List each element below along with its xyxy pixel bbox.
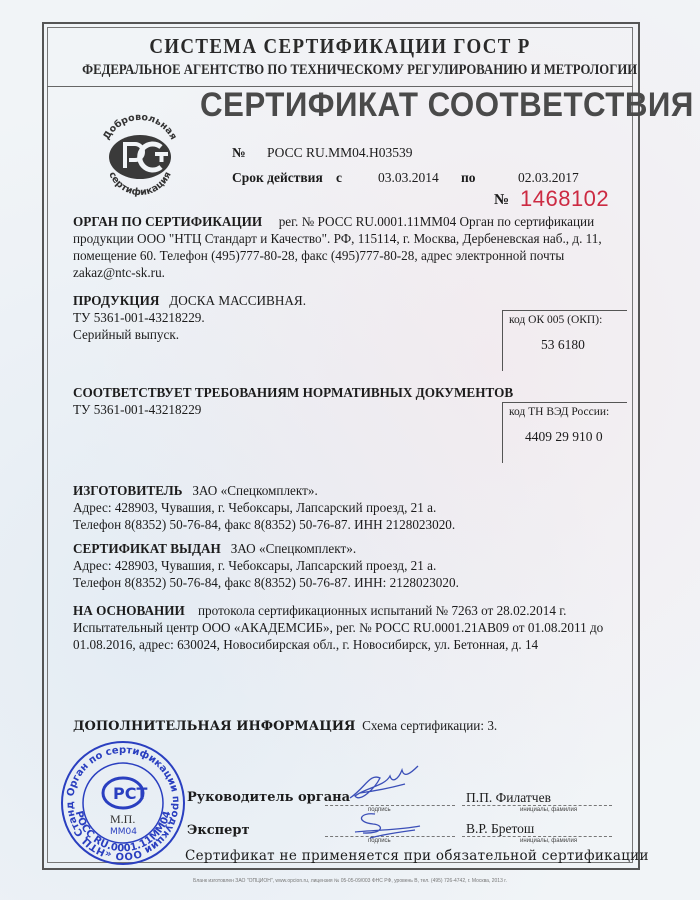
certificate-title: СЕРТИФИКАТ СООТВЕТСТВИЯ [200, 86, 694, 125]
product-label: ПРОДУКЦИЯ [73, 293, 159, 308]
expert-label: Эксперт [187, 823, 250, 838]
certification-body-email: zakaz@ntc-sk.ru. [73, 264, 613, 281]
rst-voluntary-logo-icon: Добровольная сертификация [95, 110, 185, 200]
additional-info-label: ДОПОЛНИТЕЛЬНАЯ ИНФОРМАЦИЯ [73, 719, 356, 734]
validity-label: Срок действия [232, 170, 323, 186]
conformity-label: СООТВЕТСТВУЕТ ТРЕБОВАНИЯМ НОРМАТИВНЫХ ДО… [73, 384, 613, 401]
manufacturer-address: Адрес: 428903, Чувашия, г. Чебоксары, Ла… [73, 499, 613, 516]
head-signature-icon [340, 758, 430, 808]
validity-to-label: по [461, 170, 476, 186]
tnved-code-box: код ТН ВЭД России: 4409 29 910 0 [502, 402, 627, 463]
issued-to-label: СЕРТИФИКАТ ВЫДАН [73, 541, 221, 556]
issued-to-address: Адрес: 428903, Чувашия, г. Чебоксары, Ла… [73, 557, 613, 574]
basis-label: НА ОСНОВАНИИ [73, 603, 185, 618]
tnved-code-label: код ТН ВЭД России: [509, 406, 609, 418]
blank-number-symbol: № [494, 192, 509, 209]
basis-protocol: протокола сертификационных испытаний № 7… [198, 603, 566, 618]
expert-name: В.Р. Бретош [466, 821, 534, 837]
head-name: П.П. Филатчев [466, 790, 551, 806]
manufacturer-label: ИЗГОТОВИТЕЛЬ [73, 483, 182, 498]
manufacturer-section: ИЗГОТОВИТЕЛЬ ЗАО «Спецкомплект». Адрес: … [73, 482, 613, 533]
validity-from-label: с [336, 170, 342, 186]
stamp-code: ММ04 [110, 827, 137, 837]
basis-test-center: Испытательный центр ООО «АКАДЕМСИБ», рег… [73, 619, 613, 636]
issued-to-contacts: Телефон 8(8352) 50-76-84, факс 8(8352) 5… [73, 574, 613, 591]
valid-from-date: 03.03.2014 [378, 170, 439, 186]
product-name: ДОСКА МАССИВНАЯ. [169, 293, 306, 308]
issued-to-name: ЗАО «Спецкомплект». [231, 541, 356, 556]
expert-signature-icon [345, 808, 425, 842]
expert-name-line [462, 836, 612, 837]
certification-body-section: ОРГАН ПО СЕРТИФИКАЦИИ рег. № РОСС RU.000… [73, 213, 613, 281]
issued-to-section: СЕРТИФИКАТ ВЫДАН ЗАО «Спецкомплект». Адр… [73, 540, 613, 591]
voluntary-certification-notice: Сертификат не применяется при обязательн… [185, 848, 649, 864]
head-of-body-label: Руководитель органа [187, 790, 350, 805]
valid-to-date: 02.03.2017 [518, 170, 579, 186]
agency-title: ФЕДЕРАЛЬНОЕ АГЕНТСТВО ПО ТЕХНИЧЕСКОМУ РЕ… [82, 62, 598, 79]
certification-body-line3: помещение 60. Телефон (495)777-80-28, фа… [73, 247, 613, 264]
manufacturer-contacts: Телефон 8(8352) 50-76-84, факс 8(8352) 5… [73, 516, 613, 533]
basis-section: НА ОСНОВАНИИ протокола сертификационных … [73, 602, 613, 653]
head-name-caption: инициалы, фамилия [520, 807, 577, 813]
stamp-mp-label: М.П. [110, 812, 135, 826]
system-title: СИСТЕМА СЕРТИФИКАЦИИ ГОСТ Р [76, 34, 603, 59]
manufacturer-name: ЗАО «Спецкомплект». [192, 483, 317, 498]
certification-body-label: ОРГАН ПО СЕРТИФИКАЦИИ [73, 214, 262, 229]
tnved-code-value: 4409 29 910 0 [525, 429, 603, 445]
blank-serial-number: 1468102 [520, 186, 609, 212]
official-stamp-icon: Орган по сертификации продукции ООО «НТЦ… [58, 738, 188, 868]
blank-printer-info: Бланк изготовлен ЗАО "ОПЦИОН", www.opcio… [0, 878, 700, 884]
certificate-number: РОСС RU.ММ04.Н03539 [267, 145, 412, 161]
basis-address: 01.08.2016, адрес: 630024, Новосибирская… [73, 636, 613, 653]
okp-code-box: код ОК 005 (ОКП): 53 6180 [502, 310, 627, 371]
certification-body-line2: продукции ООО "НТЦ Стандарт и Качество".… [73, 230, 613, 247]
okp-code-label: код ОК 005 (ОКП): [509, 314, 602, 326]
certification-scheme: Схема сертификации: 3. [362, 718, 497, 733]
certification-body-line1: рег. № РОСС RU.0001.11ММ04 Орган по серт… [279, 214, 594, 229]
head-name-line [462, 805, 612, 806]
number-symbol: № [232, 145, 246, 161]
additional-info-section: ДОПОЛНИТЕЛЬНАЯ ИНФОРМАЦИЯ Схема сертифик… [73, 717, 613, 735]
okp-code-value: 53 6180 [541, 337, 585, 353]
stamp-mark: РСТ [113, 784, 147, 803]
expert-name-caption: инициалы, фамилия [520, 838, 577, 844]
